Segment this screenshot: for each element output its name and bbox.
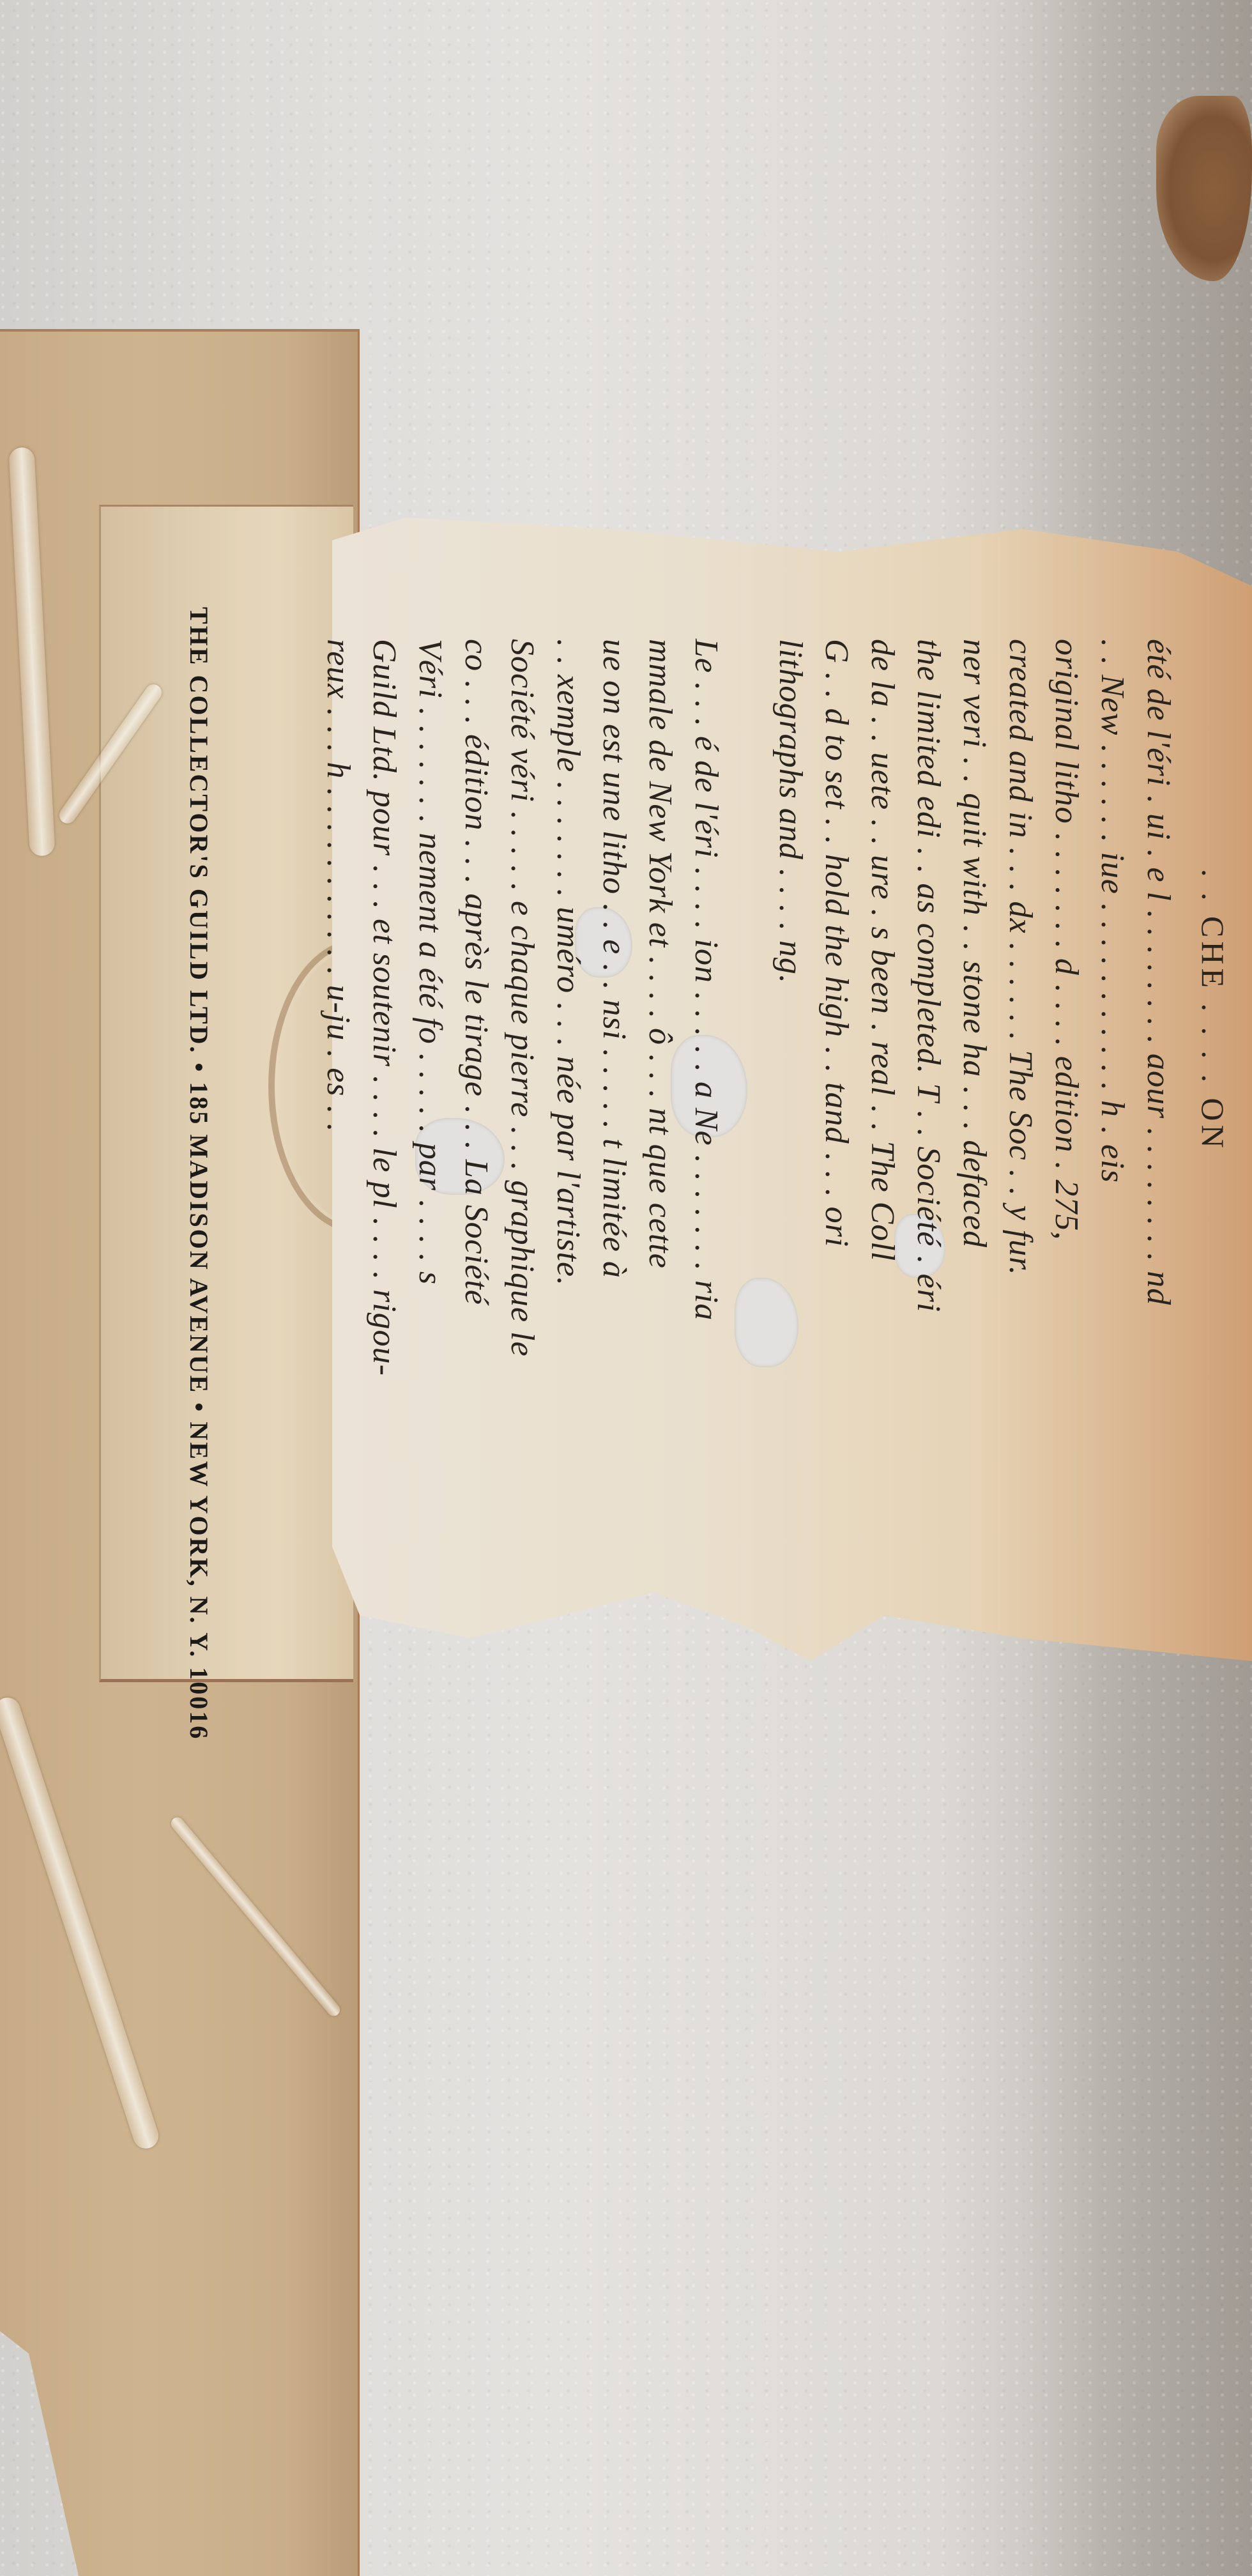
text-line: ner veri . . quit with . . stone ha . . … — [951, 639, 997, 1661]
text-line: lithographs and . . . . ng. — [767, 639, 813, 1661]
text-line: created and in . . . dx . . . . . . The … — [997, 639, 1043, 1661]
text-line: Guild Ltd. pour . . . et soutenir . . . … — [361, 639, 407, 1661]
text-line: de la . . uete . . ure . s been . real .… — [859, 639, 905, 1661]
certificate-text: . . CHE . . . . ON été de l'éri . ui . e… — [315, 639, 1236, 1661]
text-line: . . xemple . . . . . . . uméro . . . née… — [545, 639, 591, 1661]
text-line: reux . . . h . . . . . . . . . . . u-ju … — [315, 639, 361, 1661]
certificate-heading: . . CHE . . . . ON — [1181, 639, 1236, 1661]
text-line: mmale de New York et . . . . ô . . . nt … — [637, 639, 683, 1661]
text-line: co . . . édition . . . après le tirage .… — [453, 639, 499, 1661]
text-line: the limited edi . . as completed. T . . … — [905, 639, 951, 1661]
text-line: G . . d to set . . hold the high . . tan… — [813, 639, 859, 1661]
text-line: été de l'éri . ui . e l . . . . . . . . … — [1135, 639, 1181, 1661]
text-line: . . New . . . . . . iue . . . . . . . . … — [1089, 639, 1135, 1661]
guild-address-text: THE COLLECTOR'S GUILD LTD. • 185 MADISON… — [176, 607, 214, 1642]
text-line: Véri . . . . . . . nement a été fo . . .… — [407, 639, 453, 1661]
text-line: Le . . . é de l'éri . . . . ion . . . . … — [683, 639, 729, 1661]
text-line: Société véri . . . . . e chaque pierre .… — [499, 639, 545, 1661]
text-line: ue on est une litho . . e . . nsi . . . … — [591, 639, 637, 1661]
text-line: original litho . . . . . . . d . . . . e… — [1043, 639, 1089, 1661]
paragraph-gap — [729, 639, 767, 1661]
